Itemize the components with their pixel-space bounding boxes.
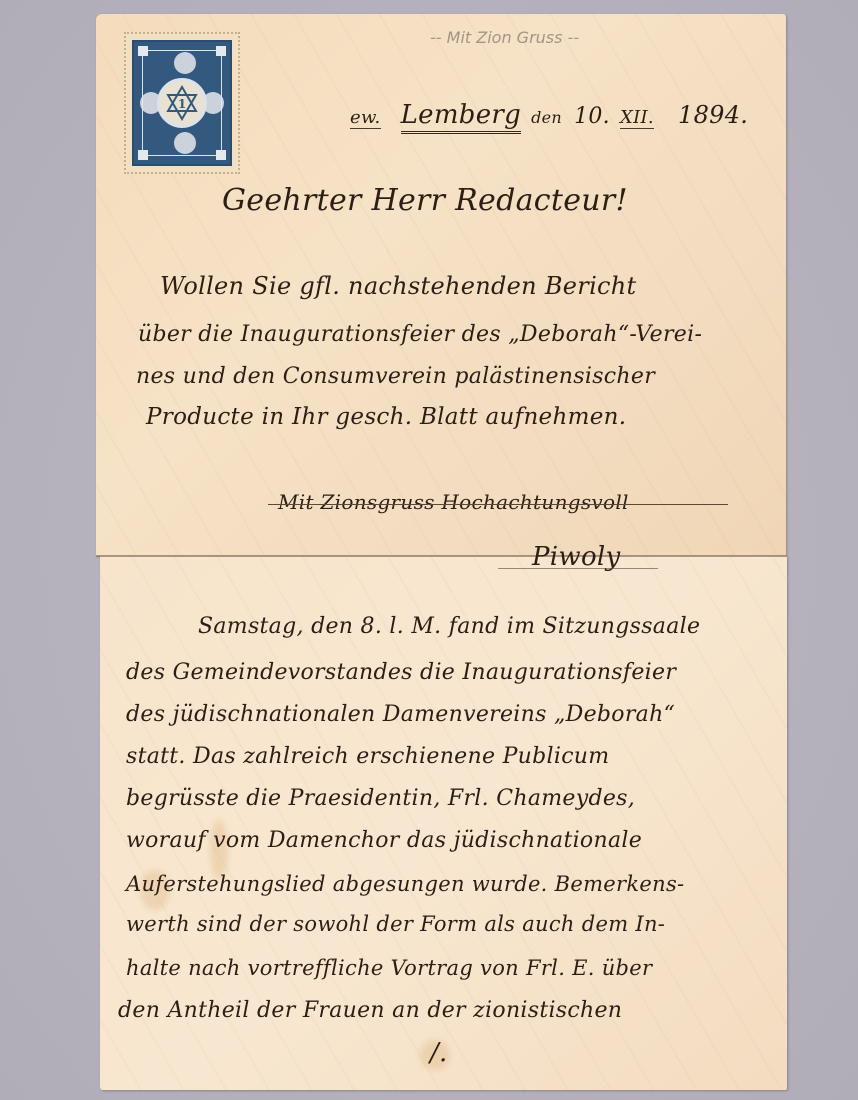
report-line: den Antheil der Frauen an der zionistisc… (118, 998, 622, 1023)
cover-note-line: Producte in Ihr gesch. Blatt aufnehmen. (146, 404, 626, 430)
page-end-mark: /. (430, 1038, 448, 1068)
report-line: werth sind der sowohl der Form als auch … (126, 912, 665, 936)
report-line: des Gemeindevorstandes die Inaugurations… (126, 660, 676, 685)
svg-text:1: 1 (178, 97, 186, 111)
dateline: ew. Lemberg den 10. XII. 1894. (350, 100, 748, 130)
report-line: des jüdischnationalen Damenvereins „Debo… (126, 702, 675, 727)
dateline-year: 1894. (678, 101, 748, 129)
cover-note-line: nes und den Consumverein palästinensisch… (136, 364, 655, 389)
dateline-prefix: ew. (350, 107, 381, 129)
stamp-corner-mark (138, 46, 148, 56)
dateline-month: XII. (620, 107, 654, 129)
stamp-design: 1 (132, 40, 232, 166)
postage-stamp: 1 (124, 32, 240, 174)
star-of-david-icon: 1 (162, 83, 202, 123)
stamp-medallion (174, 52, 196, 74)
dateline-day: 10. (574, 104, 610, 129)
report-line: begrüsste die Praesidentin, Frl. Chameyd… (126, 786, 635, 811)
stamp-medallion (174, 132, 196, 154)
signature-underline (498, 568, 658, 569)
report-line: statt. Das zahlreich erschienene Publicu… (126, 744, 609, 769)
closing-line: Mit Zionsgruss Hochachtungsvoll (278, 490, 629, 514)
cover-note-line: Wollen Sie gfl. nachstehenden Bericht (160, 272, 637, 300)
stamp-corner-mark (138, 150, 148, 160)
stamp-corner-mark (216, 150, 226, 160)
pencil-strikethrough (268, 504, 728, 505)
stamp-corner-mark (216, 46, 226, 56)
salutation: Geehrter Herr Redacteur! (222, 183, 628, 218)
stamp-center-medallion: 1 (157, 78, 207, 128)
report-line: halte nach vortreffliche Vortrag von Frl… (126, 956, 652, 980)
paper-fold-line (96, 555, 787, 557)
report-line: worauf vom Damenchor das jüdischnational… (126, 828, 642, 853)
pencil-annotation: -- Mit Zion Gruss -- (430, 28, 579, 47)
dateline-place: Lemberg (401, 100, 522, 134)
report-line: Auferstehungslied abgesungen wurde. Beme… (126, 872, 684, 896)
cover-note-line: über die Inaugurationsfeier des „Deborah… (138, 322, 702, 347)
report-line: Samstag, den 8. l. M. fand im Sitzungssa… (198, 614, 700, 639)
dateline-den: den (531, 108, 562, 127)
